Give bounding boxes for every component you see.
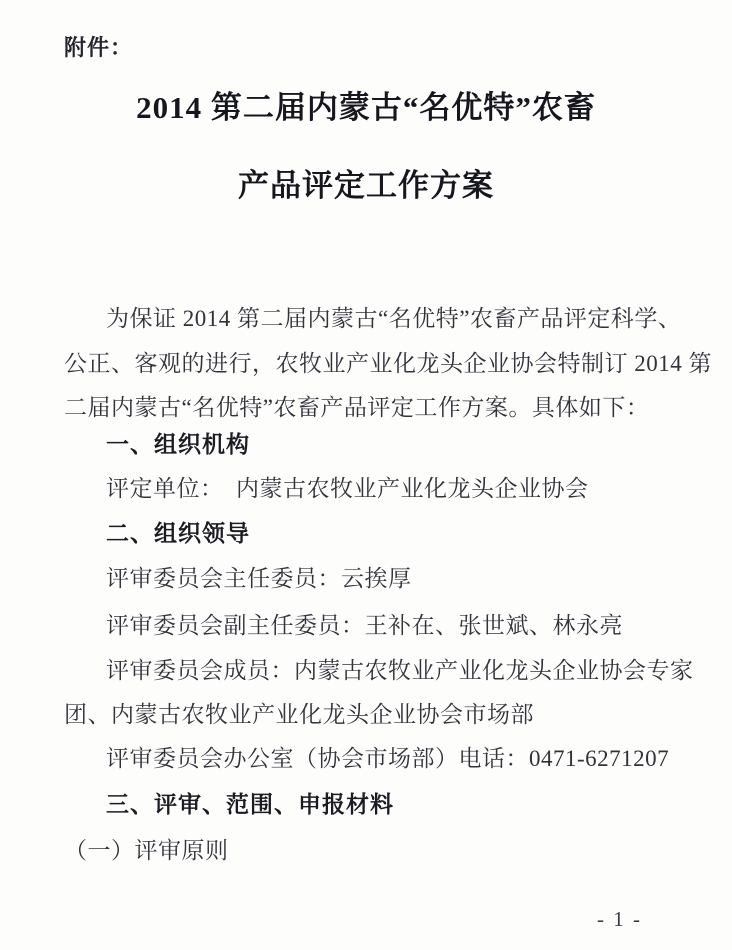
evaluation-unit-line: 评定单位： 内蒙古农牧业产业化龙头企业协会 bbox=[106, 470, 589, 503]
section-1-heading: 一、组织机构 bbox=[106, 426, 250, 459]
committee-chair-line: 评审委员会主任委员：云挨厚 bbox=[106, 560, 412, 593]
attachment-label: 附件： bbox=[64, 31, 133, 62]
committee-vice-chair-line: 评审委员会副主任委员：王补在、张世斌、林永亮 bbox=[106, 607, 623, 640]
intro-paragraph-line-2: 公正、客观的进行，农牧业产业化龙头企业协会特制订 2014 第 bbox=[64, 345, 712, 378]
section-2-heading: 二、组织领导 bbox=[106, 515, 250, 548]
section-3-sub-heading-1: （一）评审原则 bbox=[64, 832, 229, 865]
document-title-line-2: 产品评定工作方案 bbox=[0, 160, 732, 205]
committee-members-line-1: 评审委员会成员：内蒙古农牧业产业化龙头企业协会专家 bbox=[106, 652, 694, 685]
intro-paragraph-line-1: 为保证 2014 第二届内蒙古“名优特”农畜产品评定科学、 bbox=[106, 300, 681, 333]
page-number: - 1 - bbox=[597, 907, 642, 932]
committee-office-phone-line: 评审委员会办公室（协会市场部）电话：0471-6271207 bbox=[106, 740, 669, 773]
section-3-heading: 三、评审、范围、申报材料 bbox=[106, 786, 394, 819]
intro-paragraph-line-3: 二届内蒙古“名优特”农畜产品评定工作方案。具体如下： bbox=[64, 389, 649, 422]
scanned-document-page: 附件： 2014 第二届内蒙古“名优特”农畜 产品评定工作方案 为保证 2014… bbox=[0, 0, 732, 950]
committee-members-line-2: 团、内蒙古农牧业产业化龙头企业协会市场部 bbox=[64, 696, 534, 729]
document-title-line-1: 2014 第二届内蒙古“名优特”农畜 bbox=[0, 82, 732, 127]
